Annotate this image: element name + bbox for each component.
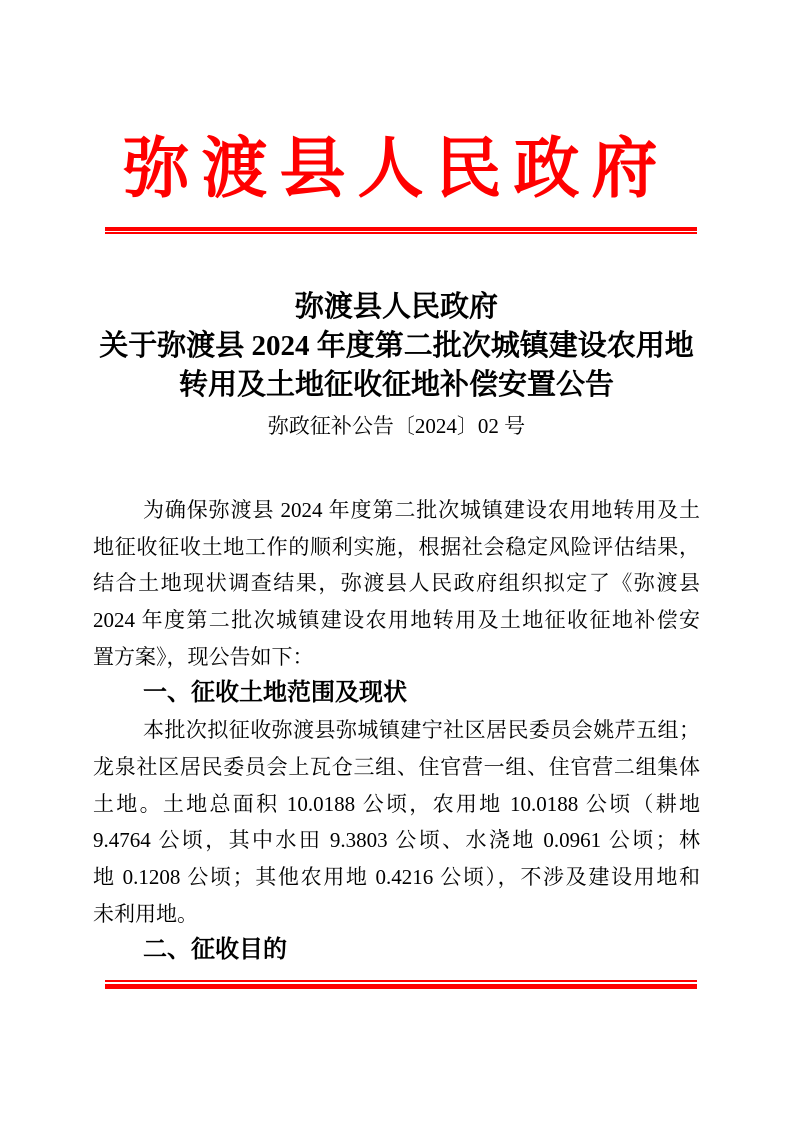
body-line: 龙泉社区居民委员会上瓦仓三组、住官营一组、住官营二组集体 bbox=[93, 749, 700, 786]
document-title-line-2: 关于弥渡县 2024 年度第二批次城镇建设农用地 bbox=[0, 327, 793, 366]
document-title-line-1: 弥渡县人民政府 bbox=[0, 288, 793, 327]
body-line: 9.4764 公顷，其中水田 9.3803 公顷、水浇地 0.0961 公顷；林 bbox=[93, 822, 700, 859]
body-line: 置方案》，现公告如下： bbox=[93, 639, 700, 676]
body-line: 土地。土地总面积 10.0188 公顷，农用地 10.0188 公顷（耕地 bbox=[93, 786, 700, 823]
body-line: 地 0.1208 公顷；其他农用地 0.4216 公顷），不涉及建设用地和 bbox=[93, 859, 700, 896]
document-number: 弥政征补公告〔2024〕02 号 bbox=[0, 411, 793, 441]
letterhead-gov-name: 弥渡县人民政府 bbox=[0, 130, 793, 210]
body-line: 结合土地现状调查结果，弥渡县人民政府组织拟定了《弥渡县 bbox=[93, 565, 700, 602]
body-line: 2024 年度第二批次城镇建设农用地转用及土地征收征地补偿安 bbox=[93, 602, 700, 639]
section-heading-1: 一、征收土地范围及现状 bbox=[93, 675, 700, 712]
body-line: 地征收征收土地工作的顺利实施，根据社会稳定风险评估结果， bbox=[93, 529, 700, 566]
document-title-line-3: 转用及土地征收征地补偿安置公告 bbox=[0, 366, 793, 405]
document-title: 弥渡县人民政府 关于弥渡县 2024 年度第二批次城镇建设农用地 转用及土地征收… bbox=[0, 288, 793, 405]
body-line: 为确保弥渡县 2024 年度第二批次城镇建设农用地转用及土 bbox=[93, 492, 700, 529]
body-line: 本批次拟征收弥渡县弥城镇建宁社区居民委员会姚芹五组； bbox=[93, 712, 700, 749]
letterhead-divider bbox=[105, 227, 697, 234]
body-line: 未利用地。 bbox=[93, 896, 700, 933]
document-body: 为确保弥渡县 2024 年度第二批次城镇建设农用地转用及土 地征收征收土地工作的… bbox=[93, 492, 700, 969]
document-page: 弥渡县人民政府 弥渡县人民政府 关于弥渡县 2024 年度第二批次城镇建设农用地… bbox=[0, 0, 793, 1122]
footer-divider bbox=[105, 980, 697, 989]
section-heading-2: 二、征收目的 bbox=[93, 932, 700, 969]
